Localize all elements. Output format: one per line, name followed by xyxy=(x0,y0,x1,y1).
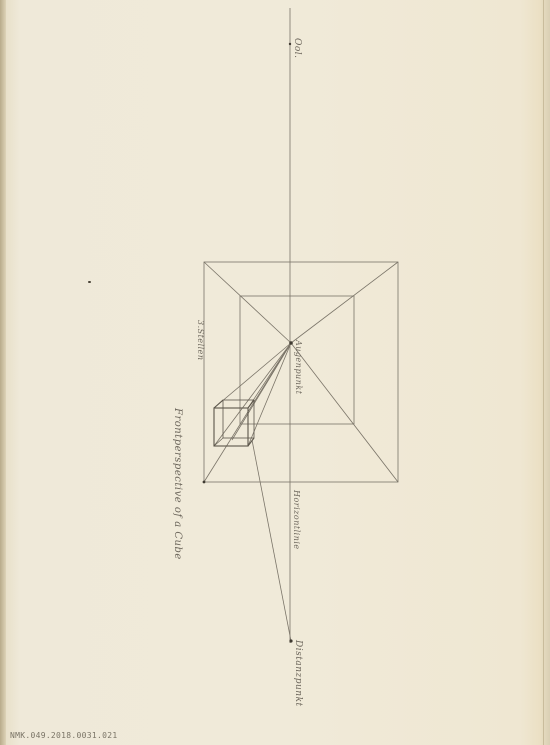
paper-speck xyxy=(88,281,91,283)
label-distance-point: Distanzpunkt xyxy=(293,640,303,707)
top-point-dot xyxy=(289,43,291,45)
label-top: Ool. xyxy=(292,38,302,59)
perspective-construction xyxy=(0,0,550,745)
label-horizon: Horizontlinie xyxy=(292,490,301,550)
diagonal-top-right xyxy=(291,262,398,343)
label-station: 3.Stellen xyxy=(196,320,205,361)
ray-5 xyxy=(232,343,291,440)
catalog-number: NMK.049.2018.0031.021 xyxy=(10,731,117,740)
ray-1 xyxy=(214,343,291,408)
ray-2 xyxy=(248,343,291,408)
cube-front-face xyxy=(214,408,248,446)
ray-4 xyxy=(248,343,291,446)
distance-line xyxy=(252,440,291,641)
diagonal-top-left xyxy=(204,262,291,343)
corner-dot xyxy=(203,481,206,484)
label-vanishing-point: Augenpunkt xyxy=(294,340,303,394)
drawing-sheet: Ool. 3.Stellen Augenpunkt Horizontlinie … xyxy=(0,0,550,745)
drawing-title: Frontperspective of a Cube xyxy=(172,408,183,560)
diagonal-bottom-right xyxy=(291,343,398,482)
ray-3 xyxy=(214,343,291,446)
vanishing-point-dot xyxy=(289,341,293,345)
